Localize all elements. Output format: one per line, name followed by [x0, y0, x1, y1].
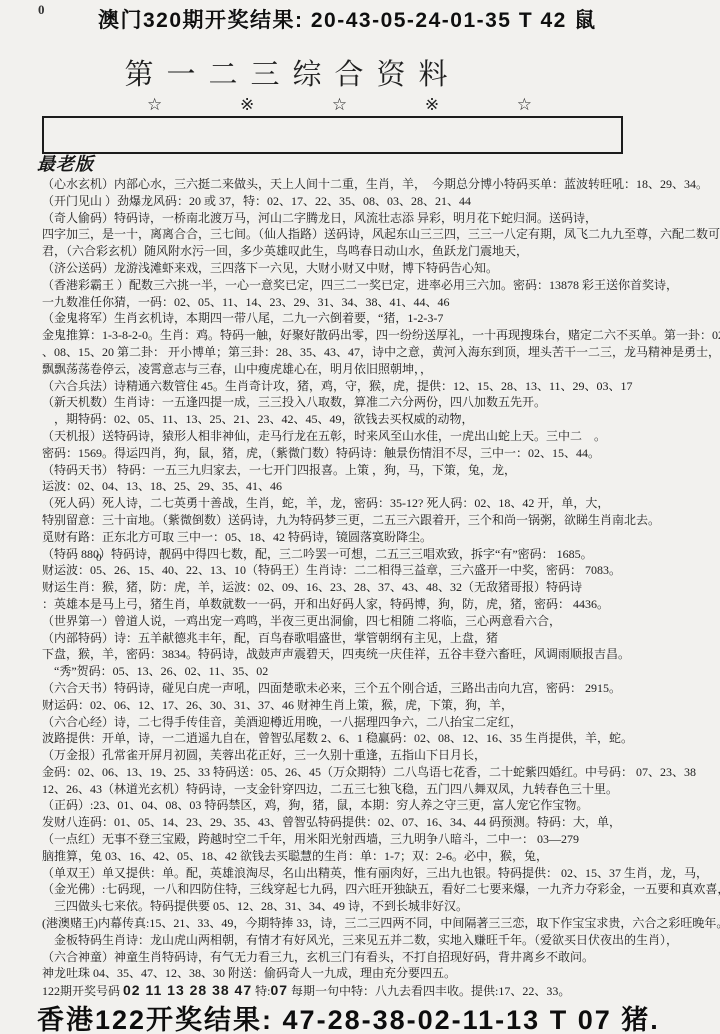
stray-zero-mark: 0 — [96, 552, 102, 564]
body-line: 脑推算，兔 03、16、42、05、18、42 欲钱去买聪慧的生肖：单：1-7；… — [42, 848, 720, 865]
body-line: （金光佛）:七码现，一八和四防住特，三线穿起七九码，四六旺开独缺五，看好二七要来… — [42, 881, 720, 898]
body-line: （六合兵法）诗精通六数管住 45。生肖奇计攻，猪，鸡，守，猴，虎，提供：12、1… — [42, 378, 720, 395]
body-line: （济公送码）龙游浅滩虾来戏，三四落下一六见，大财小财又中财，博下特码告心知。 — [42, 260, 720, 277]
lottery-info-sheet: 0 澳门320期开奖结果: 20-43-05-24-01-35 T 42 鼠 第… — [0, 0, 720, 1034]
body-line: （特码天书） 特码：一五三九归家去，一七开门四报喜。上策 ，狗，马，下策，兔，龙… — [42, 462, 720, 479]
body-line: （心水玄机）内部心水，三六挺二来做头，天上人间十二重，生肖，羊， 今期总分博小特… — [42, 176, 720, 193]
body-line: 运波：02、04、13、18、25、29、35、41、46 — [42, 478, 720, 495]
body-line: 四字加三，是一十，离离合合，三七间。（仙人指路）送码诗，风起东山三三四，三三一八… — [42, 226, 720, 243]
body-line: （单双王）单又提供：单。配，英雄浪淘尽，名山出精英，惟有丽肉好，三出九也银。特码… — [42, 865, 720, 882]
draw-numbers-line: 122期开奖号码 02 11 13 28 38 47 特:07 每期一句中特：八… — [42, 982, 720, 999]
body-line: （特码 880）特码诗，靓码中得四七数，配，三二吟罢一可想，二五三三唱欢致，拆字… — [42, 546, 720, 563]
body-line: (港澳赌王)内幕传真:15、21、33、49，今期特捧 33，诗，三二三四两不同… — [42, 915, 720, 932]
body-line: 下盘，猴，羊，密码：3834。特码诗，战鼓声声震碧天，四夷统一庆佳祥，五谷丰登六… — [42, 646, 720, 663]
body-line: 财运波：05、26、15、40、22、13、10（特码王）生肖诗：二二相得三益章… — [42, 562, 720, 579]
corner-page-mark: 0 — [38, 2, 45, 18]
page-title: 第一二三综合资料 — [0, 52, 585, 93]
body-line: （奇人偷码）特码诗，一桥南北渡万马，河山二字腾龙日，风流壮志添 异彩，明月花下蛇… — [42, 210, 720, 227]
result-line-text: 122期开奖号码 — [42, 984, 123, 998]
empty-content-box — [42, 116, 623, 154]
body-line: （金鬼将军）生肖玄机诗，本期四一带八尾，二九一六倒着要，“猪，1-2-3-7 — [42, 310, 720, 327]
hongkong-draw-result-header: 香港122开奖结果: 47-28-38-02-11-13 T 07 猪. — [37, 998, 660, 1034]
body-line: （香港彩霸王 ）配数三六挑一半，一心一意奖已定，四三二一奖已定，进率必用三六加。… — [42, 277, 720, 294]
body-line: 飘飘荡荡卷停云，凌霄意志与三春，山中瘦虎雄心在，明月依旧照朝坤，， — [42, 361, 720, 378]
body-line: 觅财有路：正东北方可取 三中一：05、18、42 特码诗，镜圆落寞盼降尘。 — [42, 529, 720, 546]
body-line: 12、26、43（林道光玄机）特码诗，一支金针穿四边，二五三七独飞稳，五门四八舞… — [42, 781, 720, 798]
body-line: （六合心经）诗，二七得手传佳音，美酒迎樽近用晚，一八据理四争六，二八抬宝二定红， — [42, 714, 720, 731]
body-line: （世界第一）曾道人说，一鸡出宠一鸡鸣，半夜三更出洞偷，四七相随 二将临，三心两意… — [42, 613, 720, 630]
body-line: 波路提供：开单，诗，一二逍遥九自在，曾智弘尾数 2、6、1 稳赢码：02、08、… — [42, 730, 720, 747]
body-line: （开门见山 ）劲爆龙风码：20 或 37，特：02、17、22、35、08、03… — [42, 193, 720, 210]
body-line: 特别留意：三十亩地。（紫微倒数）送码诗，九为特码梦三更，二五三六跟着开，三个和尚… — [42, 512, 720, 529]
star-icon: ☆ — [517, 95, 532, 115]
body-line: ，期特码：02、05、11、13、25、21、23、42、45、49，欲钱去买权… — [42, 411, 720, 428]
winning-numbers: 02 11 13 28 38 47 — [123, 982, 252, 998]
body-line: 密码：1569。得运四肖，狗，鼠，猪，虎，（紫微门数）特码诗：触景伤情泪不尽，三… — [42, 445, 720, 462]
body-line: 一九数准任你猜，一码：02、05、11、14、23、29、31、34、38、41… — [42, 294, 720, 311]
body-line: （内部特码）诗：五羊献德兆丰年，配，百鸟春歌唱盛世，掌管朝纲有主见，上盘，猪 — [42, 630, 720, 647]
reference-mark-icon: ※ — [240, 95, 254, 115]
body-line: （新天机数）生肖诗：一五逢四提一成，三三投入八取数，算准二六分两份，四八加数五先… — [42, 394, 720, 411]
reference-mark-icon: ※ — [425, 95, 439, 115]
star-icon: ☆ — [147, 95, 162, 115]
body-line: 君，（六合彩玄机）随风附水污一回，多少英雄叹此生，鸟鸣春日动山水，鱼跃龙门震地天… — [42, 243, 720, 260]
body-line: （死人码）死人诗，二七英勇十善战，生肖，蛇，羊，龙，密码：35-12? 死人码：… — [42, 495, 720, 512]
body-line: （正码）:23、01、04、08、03 特码禁区，鸡，狗，猪，鼠，本期：穷人养之… — [42, 797, 720, 814]
body-line: 神龙吐珠 04、35、47、12、38、30 附送：偷码奇人一九成，理由充分要四… — [42, 965, 720, 982]
body-line: 金板特码生肖诗：龙山虎山两相朝，有情才有好风光，三来见五并二数，实地入赚旺千年。… — [42, 932, 720, 949]
body-line: 、08、15、20 第二卦： 开小博单；第三卦：28、35、43、47，诗中之意… — [42, 344, 720, 361]
body-line: 金鬼推算：1-3-8-2-0。生肖：鸡。特码一触，好聚好散码出零，四一纷纷送厚礼… — [42, 327, 720, 344]
body-line: （万金报）孔常雀开屏月初圆，芙蓉出花正好，三一久别十重逢，五指山下日月长， — [42, 747, 720, 764]
macau-draw-result-header: 澳门320期开奖结果: 20-43-05-24-01-35 T 42 鼠 — [98, 4, 597, 34]
body-line: 金码：02、06、13、19、25、33 特码送：05、26、45（万众期特）二… — [42, 764, 720, 781]
body-line: （六合神童）神童生肖特码诗，有气无力看三九，玄机三门有看头，不打自招现好码，背井… — [42, 949, 720, 966]
body-line: （天机报）送特码诗，猿形人相非神仙，走马行龙在五彰，时来风至山水佳，一虎出山蛇上… — [42, 428, 720, 445]
body-line: 财运码：02、06、12、17、26、30、31、37、46 财神生肖上策，猴，… — [42, 697, 720, 714]
body-line: 三四做头七来依。特码提供要 05、12、28、31、34、49 诗，不到长城非好… — [42, 898, 720, 915]
body-line: 财运生肖：猴，猪，防：虎，羊，运波：02、09、16、23、28、37、43、4… — [42, 579, 720, 596]
result-line-text: 每期一句中特：八九去看四丰收。提供:17、22、33。 — [288, 984, 570, 998]
decorative-symbol-row: ☆※☆※☆ — [147, 95, 532, 115]
tips-text-block: （心水玄机）内部心水，三六挺二来做头，天上人间十二重，生肖，羊， 今期总分博小特… — [42, 176, 720, 999]
body-line: 发财八连码：01、05、14、23、29、35、43、曾智弘特码提供：02、07… — [42, 814, 720, 831]
edition-label: 最老版 — [37, 150, 94, 176]
body-line: （六合天书）特码诗，碰见白虎一声吼，四面楚歌未必来，三个五个刚合适，三路出击向九… — [42, 680, 720, 697]
result-line-text: 特: — [252, 984, 270, 998]
special-number: 07 — [270, 982, 288, 998]
body-line: “秀”贺码：05、13、26、02、11、35、02 — [42, 663, 720, 680]
star-icon: ☆ — [332, 95, 347, 115]
body-line: ：英雄本是马上弓，猪生肖，单数就数一一码，开和出好码人家，特码博，狗，防，虎，猪… — [42, 596, 720, 613]
body-line: （一点红）无事不登三宝殿，跨越时空二千年，用米阳光射西墙，三九明争八暗斗，二中一… — [42, 831, 720, 848]
